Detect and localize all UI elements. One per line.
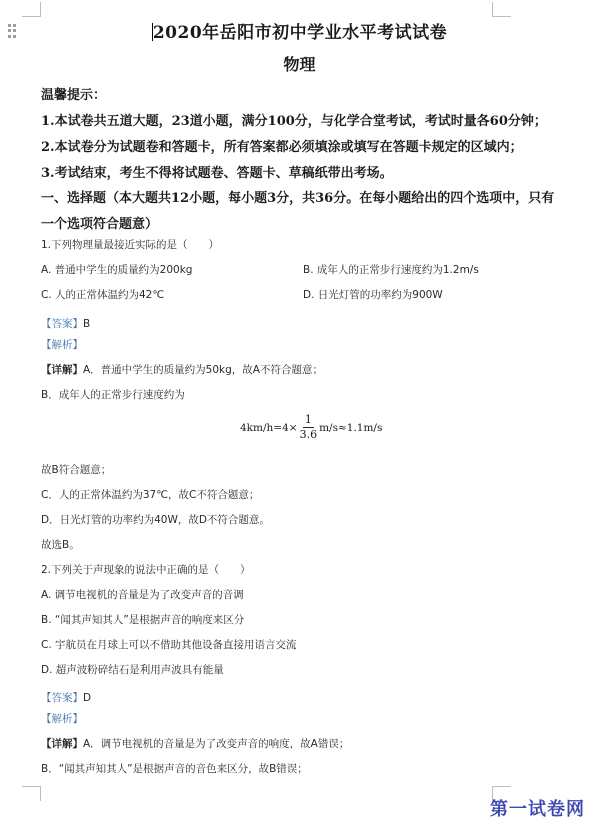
q2-detail-1: 【详解】A．调节电视机的音量是为了改变声音的响度，故A错误； <box>41 736 349 751</box>
q2-detail-2: B．“闻其声知其人”是根据声音的音色来区分，故B错误； <box>41 761 308 776</box>
q1-answer: 【答案】B <box>41 312 90 331</box>
q1-detail-4: C．人的正常体温约为37℃，故C不符合题意； <box>41 487 259 502</box>
tip-3: 3.考试结束，考生不得将试题卷、答题卡、草稿纸带出考场。 <box>41 162 393 181</box>
q1-option-d: D. 日光灯管的功率约为900W <box>303 287 443 302</box>
q2-option-c: C. 宇航员在月球上可以不借助其他设备直接用语言交流 <box>41 637 297 652</box>
document-title[interactable]: 2020年岳阳市初中学业水平考试试卷 <box>0 18 599 43</box>
q1-detail-2: B．成年人的正常步行速度约为 <box>41 387 185 402</box>
q1-formula: 4km/h=4× 1 3.6 m/s≈1.1m/s <box>240 413 382 442</box>
tip-2: 2.本试卷分为试题卷和答题卡，所有答案都必须填涂或填写在答题卡规定的区域内； <box>41 136 523 155</box>
section-heading-line2: 一个选项符合题意） <box>41 213 158 232</box>
q2-option-a: A. 调节电视机的音量是为了改变声音的音调 <box>41 587 244 602</box>
tips-heading: 温馨提示： <box>41 84 106 103</box>
section-heading-line1: 一、选择题（本大题共12小题，每小题3分，共36分。在每小题给出的四个选项中，只… <box>41 187 554 206</box>
page-corner-mark-bottom-left <box>22 786 41 801</box>
watermark-logo: 第一试卷网 <box>490 795 585 821</box>
q2-stem: 2.下列关于声现象的说法中正确的是（ ） <box>41 562 251 577</box>
q1-detail-3: 故B符合题意； <box>41 462 111 477</box>
q2-answer: 【答案】D <box>41 686 91 705</box>
q1-detail-6: 故选B。 <box>41 537 80 552</box>
q1-option-a: A. 普通中学生的质量约为200kg <box>41 262 192 277</box>
q2-option-d: D. 超声波粉碎结石是利用声波具有能量 <box>41 662 224 677</box>
q1-analysis-label: 【解析】 <box>41 337 83 352</box>
q1-detail-5: D．日光灯管的功率约为40W，故D不符合题意。 <box>41 512 270 527</box>
q2-analysis-label: 【解析】 <box>41 711 83 726</box>
q1-detail-1: 【详解】A．普通中学生的质量约为50kg，故A不符合题意； <box>41 362 323 377</box>
q2-option-b: B. “闻其声知其人”是根据声音的响度来区分 <box>41 612 244 627</box>
tip-1: 1.本试卷共五道大题，23道小题，满分100分，与化学合堂考试，考试时量各60分… <box>41 110 547 129</box>
q1-option-b: B. 成年人的正常步行速度约为1.2m/s <box>303 262 479 277</box>
q1-option-c: C. 人的正常体温约为42℃ <box>41 287 164 302</box>
document-subject: 物理 <box>0 52 599 75</box>
page-corner-mark-top-left <box>22 2 41 17</box>
fraction: 1 3.6 <box>300 413 318 442</box>
q1-stem: 1.下列物理量最接近实际的是（ ） <box>41 237 219 252</box>
page-corner-mark-top-right <box>492 2 511 17</box>
